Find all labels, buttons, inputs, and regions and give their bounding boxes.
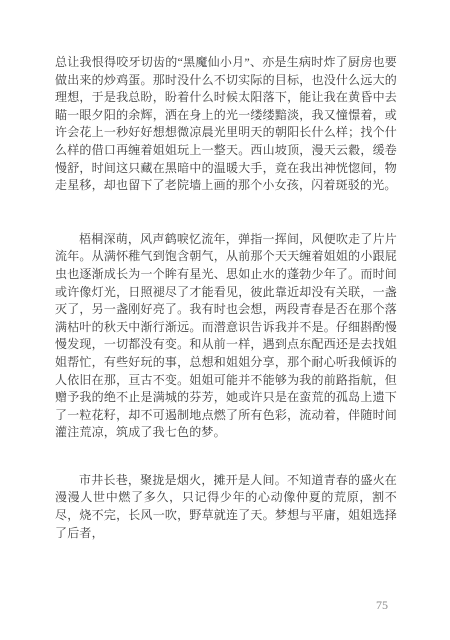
paragraph-1: 总让我恨得咬牙切齿的“黑魔仙小月”、亦是生病时炸了厨房也要做出来的炒鸡蛋。那时没… [55, 54, 397, 195]
page-body-text: 总让我恨得咬牙切齿的“黑魔仙小月”、亦是生病时炸了厨房也要做出来的炒鸡蛋。那时没… [55, 54, 397, 542]
paragraph-3: 市井长巷，聚拢是烟火，摊开是人间。不知道青春的盛火在漫漫人世中燃了多久，只记得少… [55, 472, 397, 542]
document-page: 总让我恨得咬牙切齿的“黑魔仙小月”、亦是生病时炸了厨房也要做出来的炒鸡蛋。那时没… [0, 0, 450, 640]
page-number: 75 [376, 598, 388, 613]
paragraph-2: 梧桐深萌，风声鹤唳忆流年，弹指一挥间，风便吹走了片片流年。从满怀稚气到饱含朝气，… [55, 231, 397, 442]
